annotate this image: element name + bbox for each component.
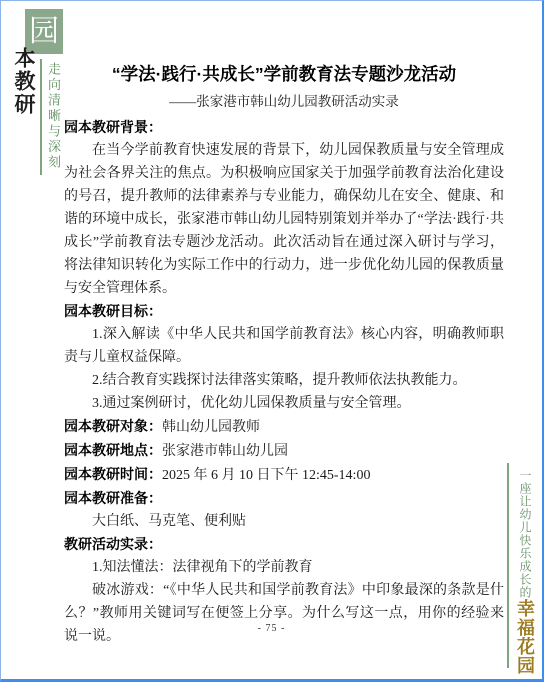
logo-badge-char: 园 <box>29 17 59 47</box>
left-tagline: 走向清晰与深刻 <box>45 62 62 171</box>
info-value-time: 2025 年 6 月 10 日下午 12:45-14:00 <box>162 468 370 483</box>
right-tagline-divider <box>507 463 509 668</box>
section-heading-goals: 园本教研目标： <box>64 300 504 323</box>
paragraph-preparation: 大白纸、马克笔、便利贴 <box>64 510 504 533</box>
info-label-location: 园本教研地点： <box>64 442 162 458</box>
info-value-audience: 韩山幼儿园教师 <box>162 420 260 435</box>
paragraph-background: 在当今学前教育快速发展的背景下，幼儿园保教质量与安全管理成为社会各界关注的焦点。… <box>64 139 504 300</box>
document-page: 园 本教研 走向清晰与深刻 一座让幼儿快乐成长的幸福花园 “学法·践行·共成长”… <box>0 0 544 682</box>
right-tagline-small: 一座让幼儿快乐成长的 <box>518 469 532 599</box>
goal-item-3: 3.通过案例研讨，优化幼儿园保教质量与安全管理。 <box>64 392 504 415</box>
info-row-time: 园本教研时间：2025 年 6 月 10 日下午 12:45-14:00 <box>64 463 504 487</box>
info-label-audience: 园本教研对象： <box>64 418 162 434</box>
page-number: - 75 - <box>1 623 542 634</box>
left-tagline-divider <box>40 59 42 175</box>
right-tagline: 一座让幼儿快乐成长的幸福花园 <box>512 469 538 675</box>
section-heading-record: 教研活动实录： <box>64 533 504 556</box>
document-title: “学法·践行·共成长”学前教育法专题沙龙活动 <box>64 61 504 88</box>
record-paragraph-icebreaker: 破冰游戏：“《中华人民共和国学前教育法》中印象最深的条款是什么？”教师用关键词写… <box>64 579 504 648</box>
document-content: “学法·践行·共成长”学前教育法专题沙龙活动 ——张家港市韩山幼儿园教研活动实录… <box>64 61 504 648</box>
right-tagline-large: 幸福花园 <box>515 599 535 675</box>
goal-item-2: 2.结合教育实践探讨法律落实策略，提升教师依法执教能力。 <box>64 369 504 392</box>
info-row-location: 园本教研地点：张家港市韩山幼儿园 <box>64 439 504 463</box>
logo-vertical-label: 本教研 <box>12 47 36 116</box>
record-item-1: 1.知法懂法：法律视角下的学前教育 <box>64 556 504 579</box>
document-subtitle: ——张家港市韩山幼儿园教研活动实录 <box>64 91 504 113</box>
info-row-audience: 园本教研对象：韩山幼儿园教师 <box>64 415 504 439</box>
section-heading-background: 园本教研背景： <box>64 116 504 139</box>
info-value-location: 张家港市韩山幼儿园 <box>162 444 288 459</box>
section-heading-preparation: 园本教研准备： <box>64 487 504 510</box>
goal-item-1: 1.深入解读《中华人民共和国学前教育法》核心内容，明确教师职责与儿童权益保障。 <box>64 323 504 369</box>
info-label-time: 园本教研时间： <box>64 466 162 482</box>
